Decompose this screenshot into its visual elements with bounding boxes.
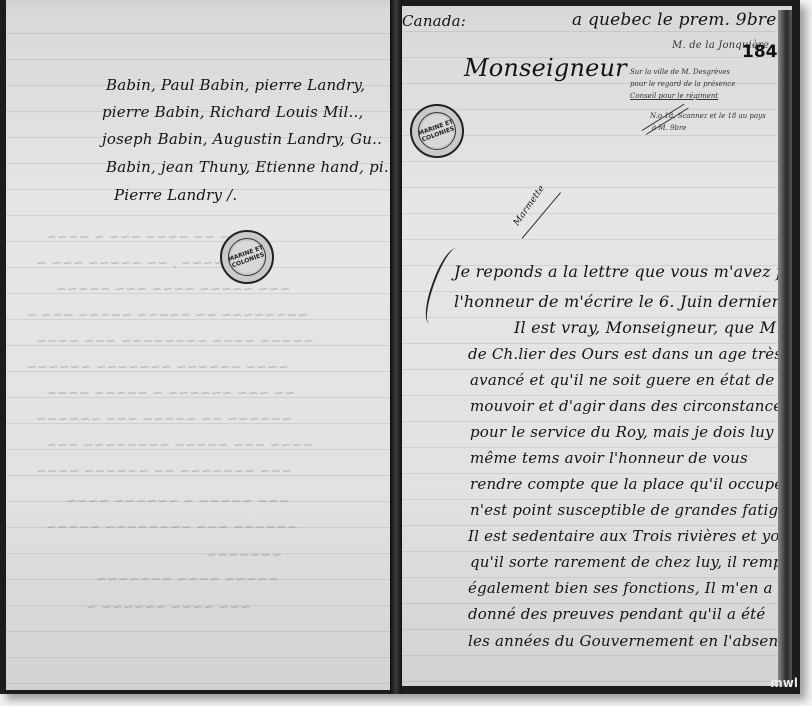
body-line: mouvoir et d'agir dans des circonstances [470, 397, 790, 415]
book-spine [390, 0, 402, 694]
body-line: Il est vray, Monseigneur, que M. [514, 318, 782, 337]
left-page: ~~ ,,~ ~~ ~~~~ ~~~ ~ ~~~~ ~~~ ~~~~~ , ~~… [6, 8, 390, 690]
body-line: l'honneur de m'écrire le 6. Juin dernier… [454, 292, 783, 311]
stamp-text: MARINE ET COLONIES [221, 242, 273, 272]
handwritten-line: Pierre Landry /. [114, 186, 237, 204]
bleed-through-line: ~~~ ~~~~~ ~~~~ ~~~ ~~~~~ [56, 282, 290, 297]
margin-note-line: Sur la ville de M. Desgrèves [630, 66, 730, 78]
handwritten-line: joseph Babin, Augustin Landry, Gu.. [102, 130, 382, 148]
archive-stamp: MARINE ET COLONIES [220, 230, 274, 284]
body-line: les années du Gouvernement en l'absence [468, 632, 792, 650]
initial-flourish [419, 245, 467, 328]
header-date: a quebec le prem. 9bre 1751. [572, 10, 792, 30]
handwritten-line: Babin, Paul Babin, pierre Landry, [106, 76, 365, 94]
body-line: de Ch.lier des Ours est dans un age très [468, 345, 782, 363]
body-line: qu'il sorte rarement de chez luy, il rem… [470, 553, 792, 571]
body-line: également bien ses fonctions, Il m'en a [468, 579, 773, 597]
watermark: mwl [770, 676, 798, 690]
handwritten-line: Babin, jean Thuny, Etienne hand, pi.. [106, 158, 390, 176]
body-line: donné des preuves pendant qu'il a été [468, 605, 765, 623]
bleed-through-line: ~~~ ~~~~~~~ ~~ ~~~~~~ ~~~~ [36, 464, 292, 479]
margin-note-line: Conseil pour le régiment [630, 90, 718, 102]
folio-number: 184 [742, 42, 778, 62]
bleed-through-line: ~~~~~~ ~~~ ~~~~~~~~ ~~~~~ [46, 520, 298, 535]
body-line: pour le service du Roy, mais je dois luy [470, 423, 774, 441]
bleed-through-line: ~~~ ~~~~~ ~ ~~~~~~ ~~~~ [66, 494, 290, 509]
header-region: Canada: [402, 12, 466, 30]
bleed-through-line: ~~~~~ ~~~~ ~~~~~~~~ ~~~ ~~~~ [36, 334, 314, 349]
stamp-text: MARINE ET COLONIES [411, 116, 463, 146]
bleed-through-line: ~~~~~~ ~~ ~~~~~ ~~~ ~~~~~~ [36, 412, 292, 427]
margin-note-line: pour le regard de la présence [630, 78, 735, 90]
bleed-through-line: ~~~~ ~~~ ~~~~~ ~~~~~~~~ ~~~ [46, 438, 313, 453]
bleed-through-line: ~~~~ ~~~~~~ ~~~~~~~ ~~~~~~ [26, 360, 289, 375]
right-page-edge [778, 10, 792, 686]
handwritten-line: pierre Babin, Richard Louis Mil.., [102, 103, 363, 121]
margin-name: Marmette [512, 184, 547, 228]
bleed-through-line: ~~~~~ ~~~~ ~~~~~~~ [96, 572, 279, 587]
right-page: Canada: a quebec le prem. 9bre 1751. M. … [402, 6, 792, 686]
body-line: n'est point susceptible de grandes fatig… [470, 501, 792, 519]
salutation: Monseigneur [464, 54, 627, 82]
bleed-through-line: ~~ ~~~ ~~~~~~ ~ ~~~~~ ~~~~ [46, 386, 295, 401]
archive-stamp: MARINE ET COLONIES [410, 104, 464, 158]
body-line: Il est sedentaire aux Trois rivières et … [468, 527, 792, 545]
body-line: Je reponds a la lettre que vous m'avez f… [454, 262, 792, 281]
bleed-through-line: ~~~~~~~~ ~~ ~~~~~ ~~~~~ ~~~ ~ [26, 308, 308, 323]
body-line: même tems avoir l'honneur de vous [470, 449, 748, 467]
bleed-through-line: ~~~ ~~~~ ~~~~~~ ~ [86, 600, 251, 615]
bleed-through-line: ~~~~~~~ [206, 548, 282, 563]
body-line: avancé et qu'il ne soit guere en état de… [470, 371, 792, 389]
body-line: rendre compte que la place qu'il occupe [470, 475, 783, 493]
